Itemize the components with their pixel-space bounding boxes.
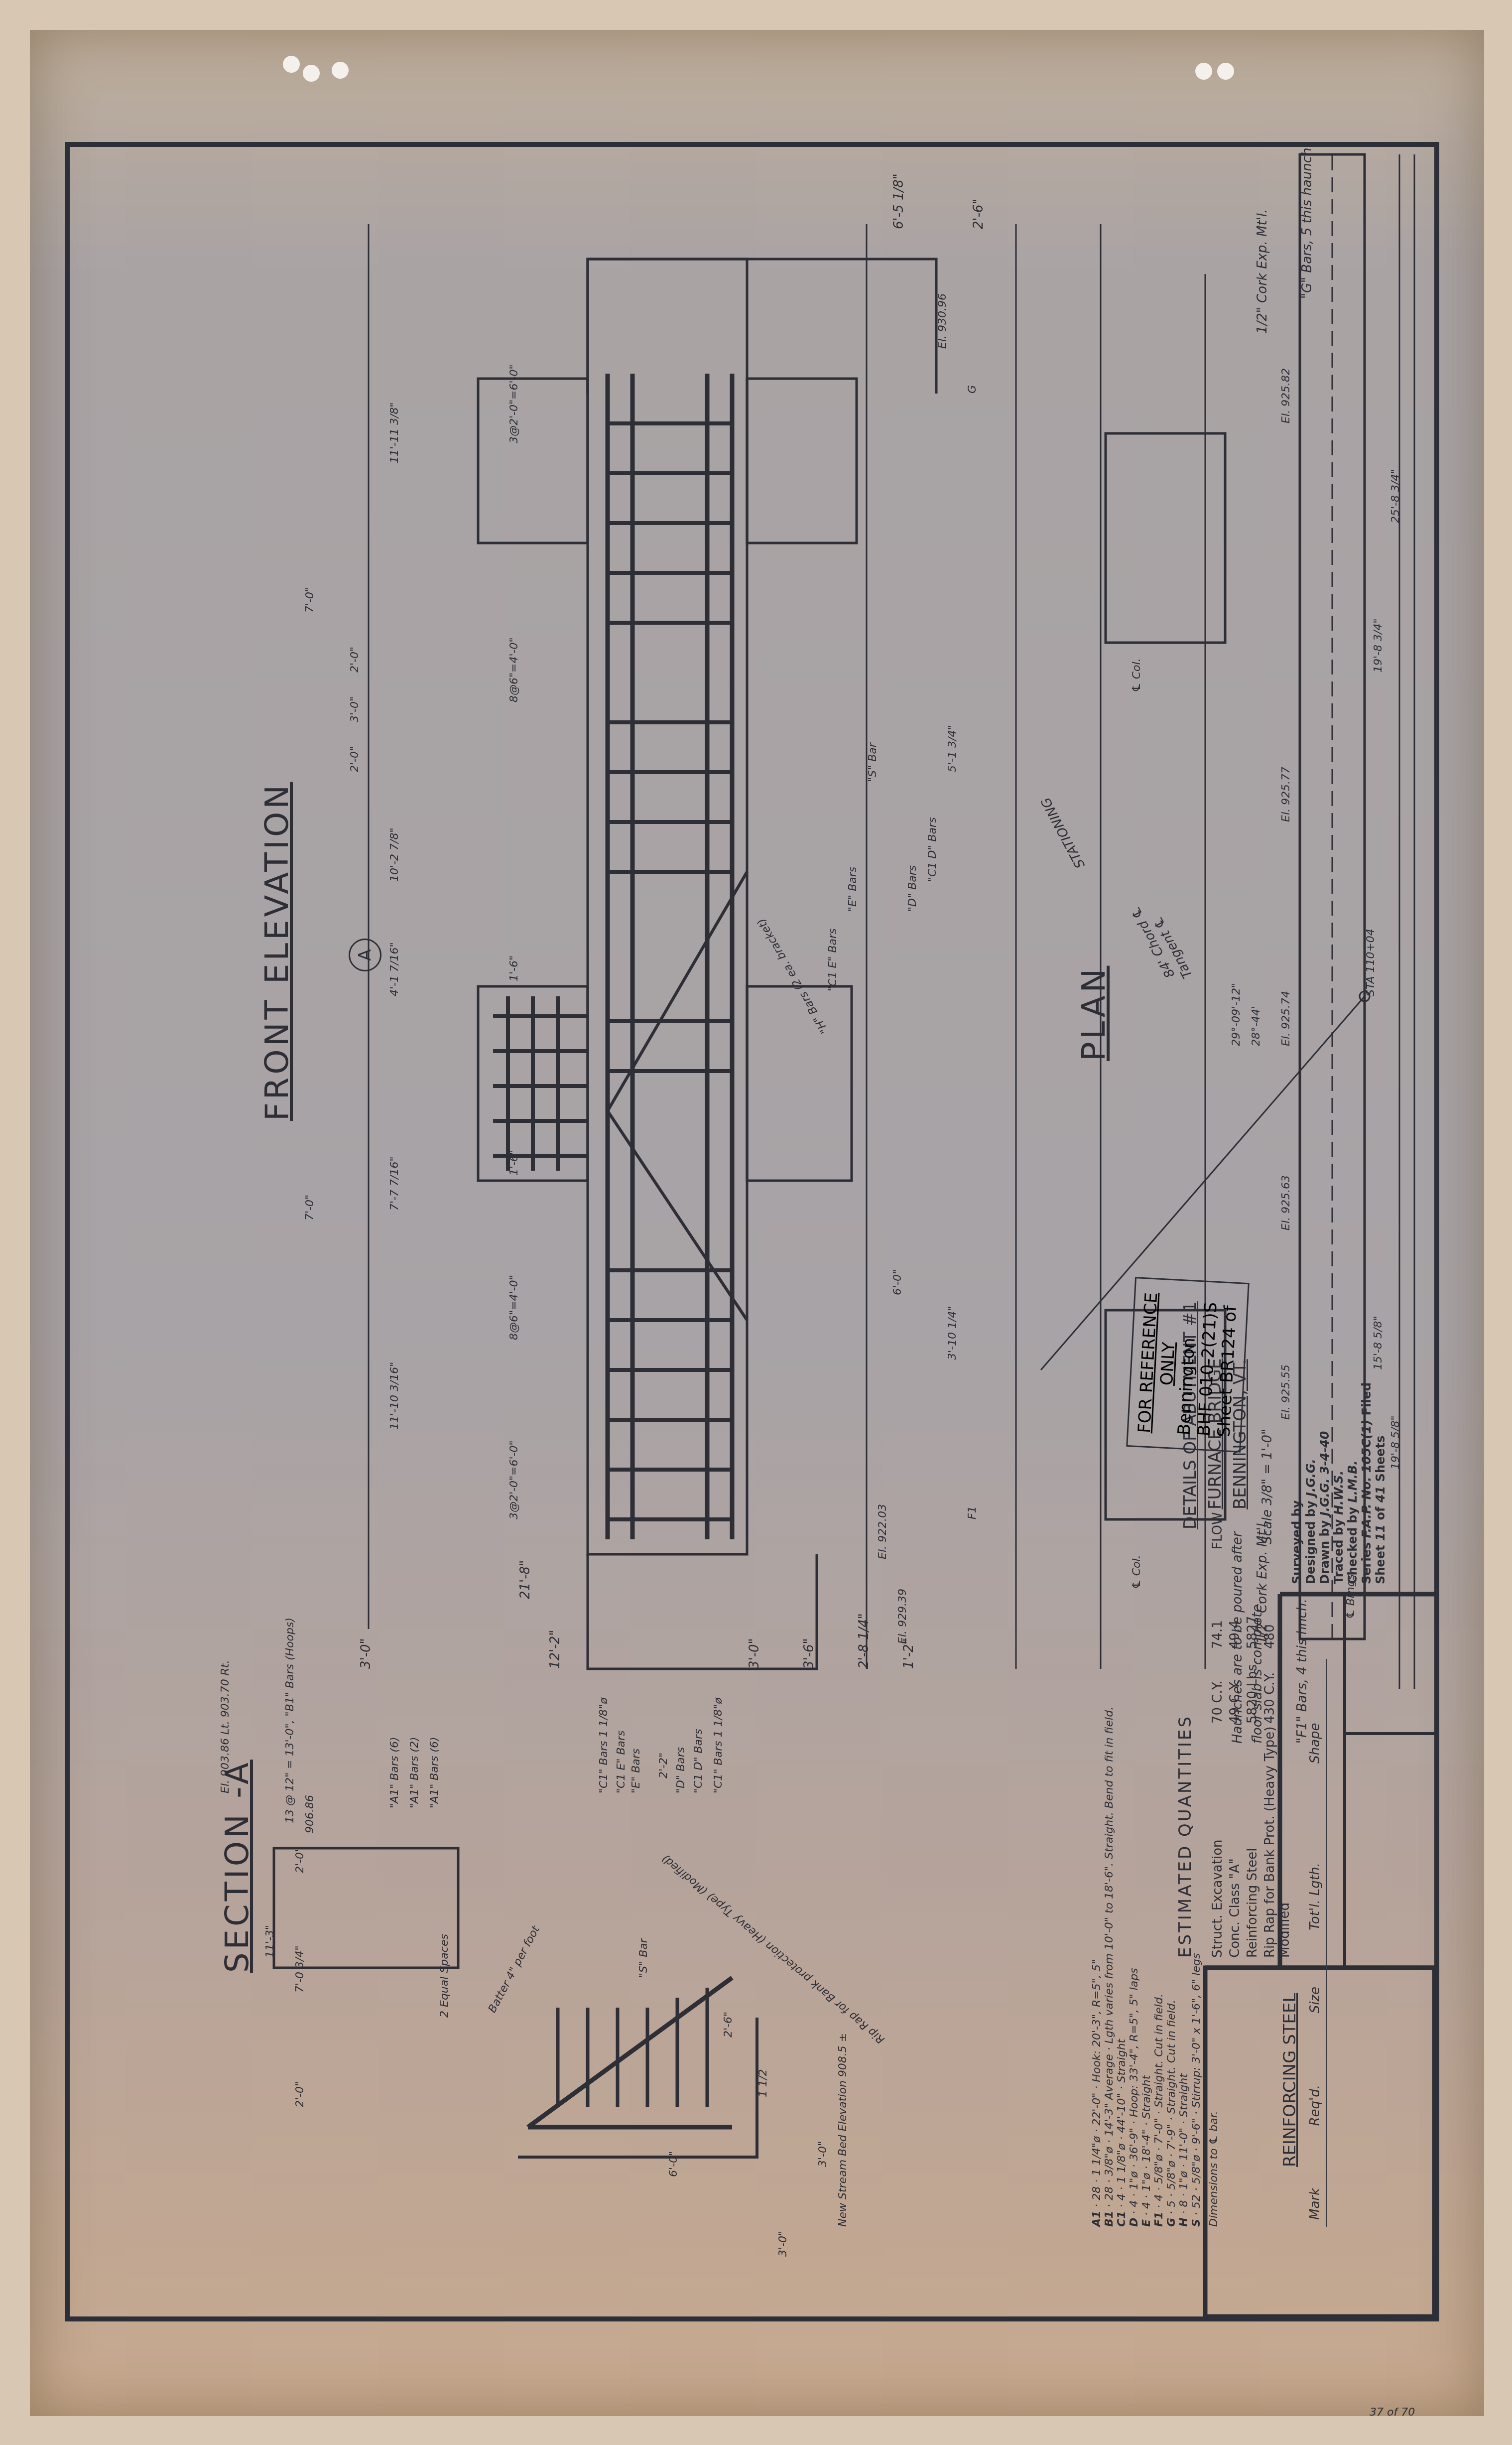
haunch-note: Haunches are to be poured after — [1230, 1532, 1245, 1744]
table-header-row: Mark Req'd. Size Tot'l. Lgth. Shape — [1305, 1659, 1327, 2227]
traced-by-label: Traced by — [1332, 1519, 1346, 1584]
section-dimension: 2'-0" — [294, 1847, 306, 1873]
height-dimension: 11'-11 3/8" — [388, 403, 401, 464]
wing-dimension: 7'-0" — [304, 587, 316, 613]
bar-label: "A1" Bars (6) — [428, 1737, 441, 1808]
col-label: ℄ Col. — [1131, 658, 1143, 692]
title-block: Surveyed by Designed by J.G.G. Drawn by … — [1290, 1382, 1387, 1584]
column-header: Size — [1305, 1937, 1327, 2021]
bar-label: "S" Bar — [637, 1938, 650, 1978]
bar-label: "E" Bars — [847, 867, 859, 912]
spacing-dimension: 8@6"=4'-0" — [508, 637, 520, 702]
wing-dimension: 3'-0" — [349, 696, 361, 722]
elevation-label: El. 925.74 — [1280, 991, 1292, 1046]
bar-label: F1 — [966, 1506, 979, 1519]
elevation-label: El. 922.03 — [877, 1504, 889, 1559]
stream-bed-note: New Stream Bed Elevation 908.5 ± — [837, 2033, 849, 2227]
f1-bars-note: "F1" Bars, 4 this hnch. — [1295, 1599, 1310, 1744]
table-row: B1 · 28 · 3/8"ø · 14'-3" Average · Lgth … — [1103, 1659, 1116, 2227]
section-dimension: 11'-3" — [264, 1925, 276, 1958]
overall-dimension: 21'-8" — [518, 1560, 533, 1599]
hoops-label: 13 @ 12" = 13'-0", "B1" Bars (Hoops) — [284, 1618, 296, 1823]
haunch-note: floor slab is complete. — [1250, 1600, 1265, 1744]
bar-label: G — [966, 385, 979, 394]
punch-hole — [332, 62, 349, 79]
cork-note-top: 1/2" Cork Exp. Mt'l. — [1255, 209, 1270, 334]
elevation-dimension: 3'-0" — [747, 1638, 762, 1669]
angle-label: 29°-09'-12" — [1230, 983, 1243, 1046]
bar-label: "C1" Bars 1 1/8"ø — [712, 1697, 725, 1793]
elevation-dimension: 2'-8 1/4" — [857, 1613, 872, 1669]
section-elevation: 906.86 — [304, 1795, 316, 1833]
spacing-dimension: 1'-6" — [508, 955, 520, 981]
drawn-date: 3-4-40 — [1318, 1431, 1332, 1474]
drawing-linework — [70, 147, 1434, 2316]
reinforcing-steel-rows: A1 · 28 · 1 1/4"ø · 22'-0" · Hook: 20'-3… — [1091, 1659, 1220, 2227]
punch-hole — [1195, 63, 1212, 80]
brngs-label: ℄ Brngs. — [1345, 1571, 1357, 1619]
bar-label: "A1" Bars (2) — [408, 1737, 421, 1808]
equal-spaces-label: 2 Equal Spaces — [438, 1934, 451, 2018]
bar-label: "C1 D" Bars — [926, 817, 939, 882]
g-bars-note: "G" Bars, 5 this haunch — [1300, 147, 1315, 299]
filed-label: Filed — [1360, 1382, 1374, 1415]
punch-hole — [1217, 63, 1234, 80]
of-label: of — [1374, 1507, 1387, 1520]
elevation-dimension: 3'-10 1/4" — [946, 1306, 959, 1360]
table-row: G · 5 · 5/8"ø · 7'-9" · Straight. Cut in… — [1165, 1659, 1178, 2227]
landscape-drawing: FRONT ELEVATION PLAN SECTION -A A ESTIMA… — [70, 147, 1434, 2316]
traced-by-value: H.W.S. — [1332, 1471, 1346, 1515]
punch-hole — [283, 56, 300, 73]
top-dimension: 2'-6" — [971, 198, 986, 229]
elevation-dimension: 5'-1 3/4" — [946, 725, 959, 773]
wing-dimension: 2'-0" — [349, 647, 361, 673]
height-dimension: 11'-10 3/16" — [388, 1362, 401, 1430]
spacing-dimension: 3@2'-0"=6'-0" — [508, 1440, 520, 1519]
plan-title: PLAN — [1076, 966, 1113, 1061]
table-row: A1 · 28 · 1 1/4"ø · 22'-0" · Hook: 20'-3… — [1091, 1659, 1103, 2227]
bar-label: "C1 E" Bars — [615, 1730, 628, 1793]
plan-dimension: 19'-8 3/4" — [1372, 619, 1385, 673]
front-elevation-title: FRONT ELEVATION — [259, 782, 296, 1121]
bar-label: "C1 E" Bars — [827, 928, 839, 991]
section-marker: A — [349, 939, 381, 971]
section-dimension: 2'-2" — [657, 1753, 670, 1778]
flow-label: FLOW — [1210, 1512, 1225, 1549]
dimensions-note: Dimensions to ℄ bar. — [1208, 1659, 1220, 2227]
elevation-label: El. 925.63 — [1280, 1175, 1292, 1230]
bar-label: "D" Bars — [675, 1747, 687, 1793]
quantity-revised: 74.1 — [1210, 1620, 1225, 1649]
designed-by-label: Designed by — [1304, 1500, 1318, 1584]
elevation-dimension: 3'-0" — [359, 1638, 374, 1669]
table-row: C1 · 4 · 1 1/8"ø · 44'-10" · Straight — [1116, 1659, 1128, 2227]
section-dimension: 3'-0" — [777, 2231, 789, 2257]
section-dimension: 3'-0" — [817, 2141, 829, 2167]
top-dimension: 6'-5 1/8" — [891, 173, 906, 229]
station-label: STA 110+04 — [1365, 929, 1377, 996]
plan-dimension: 15'-8 5/8" — [1372, 1316, 1385, 1370]
height-dimension: 4'-1 7/16" — [388, 943, 401, 997]
wing-dimension: 2'-0" — [349, 746, 361, 772]
bar-label: "C1" Bars 1 1/8"ø — [598, 1697, 610, 1793]
height-dimension: 10'-2 7/8" — [388, 828, 401, 882]
punch-hole — [303, 65, 320, 82]
drawn-by-value: J.G.G. — [1318, 1479, 1332, 1516]
quantity-item: Conc. Class "A" — [1228, 1858, 1243, 1958]
table-row: F1 · 4 · 5/8"ø · 7'-0" · Straight. Cut i… — [1153, 1659, 1165, 2227]
rotated-drawing-area: FRONT ELEVATION PLAN SECTION -A A ESTIMA… — [70, 147, 1434, 2316]
sheet-label: Sheet — [1374, 1545, 1387, 1584]
plan-dimension: 19'-8 5/8" — [1389, 1416, 1402, 1470]
checked-by-value: L.M.B. — [1346, 1461, 1360, 1503]
spacing-dimension: 3@2'-0"=6'-0" — [508, 364, 520, 443]
section-dimension: 7'-0 3/4" — [294, 1946, 306, 1993]
table-row: H · 8 · 1"ø · 11'-0" · Straight — [1178, 1659, 1190, 2227]
section-elevation: El. 903.86 Lt. 903.70 Rt. — [219, 1660, 232, 1793]
surveyed-by-label: Surveyed by — [1290, 1500, 1304, 1584]
sheet-number: 11 — [1374, 1524, 1387, 1541]
plan-dimension: 25'-8 3/4" — [1389, 469, 1402, 524]
elevation-label: El. 929.39 — [896, 1589, 909, 1644]
quantity-item: Reinforcing Steel — [1245, 1848, 1260, 1958]
spacing-dimension: 8@6"=4'-0" — [508, 1275, 520, 1340]
sheet-reference: 37 of 70 — [1370, 2406, 1415, 2419]
sheet-total: 41 — [1374, 1486, 1387, 1502]
designed-by-value: J.G.G. — [1304, 1459, 1318, 1496]
rip-rap-dimension: 2'-6" — [722, 2012, 735, 2037]
series-label: Series — [1360, 1542, 1374, 1584]
table-row: D · 4 · 1"ø · 36'-9" · Hoop: 33'-4", R=5… — [1128, 1659, 1140, 2227]
table-row: S · 52 · 5/8"ø · 9'-6" · Stirrup: 3'-0" … — [1190, 1659, 1203, 2227]
elevation-dimension: 1'-2" — [901, 1638, 916, 1669]
angle-label: 28°-44' — [1250, 1006, 1262, 1046]
elevation-dimension: 12'-2" — [548, 1630, 563, 1669]
reinforcing-steel-table: Mark Req'd. Size Tot'l. Lgth. Shape — [1305, 1659, 1327, 2227]
height-dimension: 7'-7 7/16" — [388, 1157, 401, 1211]
section-dimension: 6'-0" — [667, 2151, 680, 2177]
spacing-dimension: 1'-6" — [508, 1150, 520, 1176]
elevation-label: El. 925.82 — [1280, 368, 1292, 423]
elevation-label: El. 925.77 — [1280, 767, 1292, 822]
for-reference-stamp: FOR REFERENCE ONLY Bennington BHF 010-2(… — [1126, 1277, 1250, 1453]
drawn-by-label: Drawn by — [1318, 1520, 1332, 1584]
bar-label: "C1 D" Bars — [692, 1729, 705, 1793]
col-label: ℄ Col. — [1131, 1555, 1143, 1589]
table-row: E · 4 · 1"ø · 18'-4" · Straight — [1140, 1659, 1153, 2227]
sheets-label: Sheets — [1374, 1436, 1387, 1482]
bar-label: "D" Bars — [906, 865, 919, 912]
bar-label: "E" Bars — [630, 1749, 642, 1793]
elevation-dimension: 3'-6" — [802, 1638, 817, 1669]
quantity-row: Conc. Class "A" — [1228, 1858, 1243, 1958]
column-header: Mark — [1305, 2133, 1327, 2227]
column-header: Tot'l. Lgth. — [1305, 1770, 1327, 1937]
bar-label: "S" Bar — [867, 743, 879, 782]
elevation-label: El. 925.55 — [1280, 1364, 1292, 1420]
bar-label: "A1" Bars (6) — [388, 1737, 401, 1808]
wing-dimension: 7'-0" — [304, 1195, 316, 1221]
section-dimension: 2'-0" — [294, 2081, 306, 2107]
series-value: F.A.P. No. 105C(1) — [1360, 1420, 1374, 1538]
reinforcing-steel-heading: REINFORCING STEEL — [1280, 1993, 1300, 2167]
column-header: Req'd. — [1305, 2020, 1327, 2133]
quantity-row: Reinforcing Steel — [1245, 1848, 1260, 1958]
slope-label: 1 1/2 — [757, 2069, 769, 2097]
quantity-item: Rip Rap for Bank Prot. (Heavy Type) Modi… — [1262, 1727, 1292, 1958]
elevation-label: El. 930.96 — [936, 293, 949, 349]
elevation-dimension: 6'-0" — [891, 1269, 904, 1295]
